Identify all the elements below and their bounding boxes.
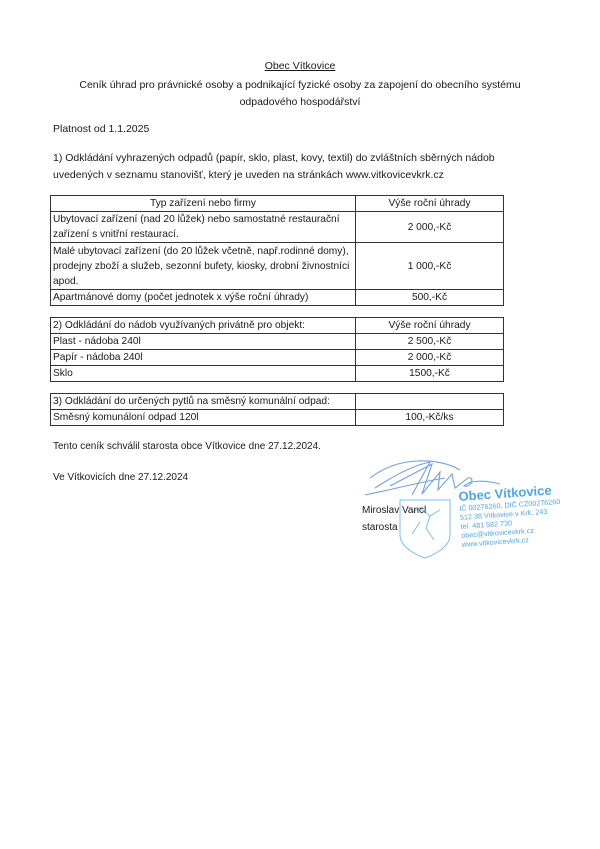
intro-line-1: 1) Odkládání vyhrazených odpadů (papír, … <box>53 150 523 167</box>
place-and-date: Ve Vítkovicích dne 27.12.2024 <box>53 472 188 483</box>
header-cell-fee: Výše roční úhrady <box>356 196 504 212</box>
row-value: 2 000,-Kč <box>356 212 504 243</box>
row-value: 1 000,-Kč <box>356 243 504 290</box>
table-row: Ubytovací zařízení (nad 20 lůžek) nebo s… <box>51 212 504 243</box>
row-label: Malé ubytovací zařízení (do 20 lůžek vče… <box>51 243 356 290</box>
row-label: Ubytovací zařízení (nad 20 lůžek) nebo s… <box>51 212 356 243</box>
signer-block: Miroslav Vancl starosta <box>362 502 426 536</box>
intro-line-2: uvedených v seznamu stanovišť, který je … <box>53 167 523 184</box>
row-label: Papír - nádoba 240l <box>51 350 356 366</box>
approval-statement: Tento ceník schválil starosta obce Vítko… <box>53 441 321 452</box>
row-label: Apartmánové domy (počet jednotek x výše … <box>51 290 356 306</box>
validity-date: Platnost od 1.1.2025 <box>53 123 149 135</box>
price-table-private-bins: 2) Odkládání do nádob využívaných privát… <box>50 317 504 382</box>
row-label: Sklo <box>51 366 356 382</box>
price-table-mixed-waste-bags: 3) Odkládání do určených pytlů na směsný… <box>50 393 504 426</box>
signer-role: starosta <box>362 519 426 536</box>
table-header-row: Typ zařízení nebo firmy Výše roční úhrad… <box>51 196 504 212</box>
row-label: Plast - nádoba 240l <box>51 334 356 350</box>
subtitle-line-1: Ceník úhrad pro právnické osoby a podnik… <box>40 77 560 94</box>
row-value: 500,-Kč <box>356 290 504 306</box>
table-row: Sklo 1500,-Kč <box>51 366 504 382</box>
table-row: Apartmánové domy (počet jednotek x výše … <box>51 290 504 306</box>
row-value: 2 000,-Kč <box>356 350 504 366</box>
table-header-row: 2) Odkládání do nádob využívaných privát… <box>51 318 504 334</box>
header-cell-section: 3) Odkládání do určených pytlů na směsný… <box>51 394 356 410</box>
header-cell-type: Typ zařízení nebo firmy <box>51 196 356 212</box>
official-stamp: Obec Vítkovice IČ 00276260, DIČ CZ002762… <box>458 482 563 549</box>
signer-name: Miroslav Vancl <box>362 502 426 519</box>
section-1-intro: 1) Odkládání vyhrazených odpadů (papír, … <box>53 150 523 184</box>
header-cell-fee: Výše roční úhrady <box>356 318 504 334</box>
table-row: Směsný komunáloní odpad 120l 100,-Kč/ks <box>51 410 504 426</box>
price-table-facilities: Typ zařízení nebo firmy Výše roční úhrad… <box>50 195 504 306</box>
document-title: Obec Vítkovice <box>0 60 600 72</box>
table-row: Papír - nádoba 240l 2 000,-Kč <box>51 350 504 366</box>
subtitle-line-2: odpadového hospodářství <box>40 94 560 111</box>
header-cell-empty <box>356 394 504 410</box>
table-row: Plast - nádoba 240l 2 500,-Kč <box>51 334 504 350</box>
row-label: Směsný komunáloní odpad 120l <box>51 410 356 426</box>
header-cell-section: 2) Odkládání do nádob využívaných privát… <box>51 318 356 334</box>
document-subtitle: Ceník úhrad pro právnické osoby a podnik… <box>40 77 560 111</box>
row-value: 100,-Kč/ks <box>356 410 504 426</box>
table-row: Malé ubytovací zařízení (do 20 lůžek vče… <box>51 243 504 290</box>
row-value: 1500,-Kč <box>356 366 504 382</box>
table-header-row: 3) Odkládání do určených pytlů na směsný… <box>51 394 504 410</box>
row-value: 2 500,-Kč <box>356 334 504 350</box>
